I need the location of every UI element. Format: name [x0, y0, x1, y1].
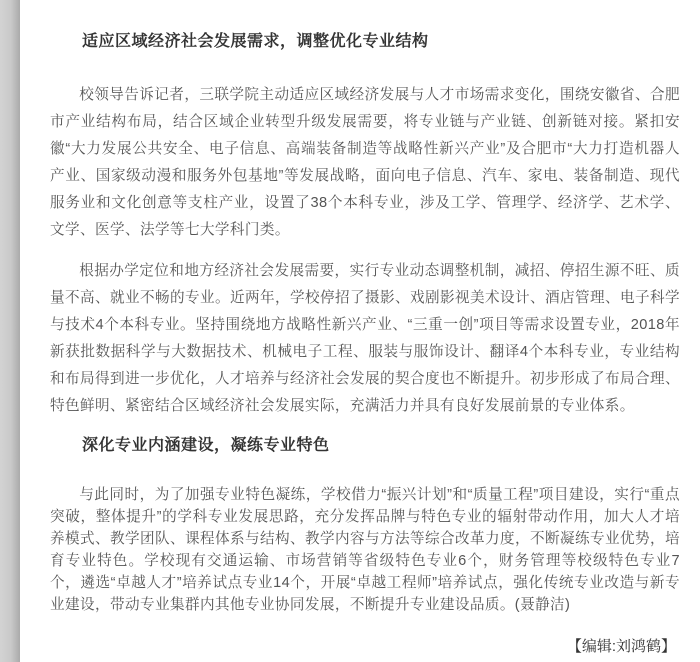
page-left-shadow: [0, 0, 20, 662]
article-paragraph-3: 与此同时，为了加强专业特色凝练，学校借力“振兴计划”和“质量工程”项目建设，实行…: [50, 484, 680, 616]
article-content: 适应区域经济社会发展需求，调整优化专业结构 校领导告诉记者，三联学院主动适应区域…: [50, 0, 680, 656]
article-paragraph-2: 根据办学定位和地方经济社会发展需要，实行专业动态调整机制，减招、停招生源不旺、质…: [50, 258, 680, 420]
section-heading-adjust-majors: 适应区域经济社会发展需求，调整优化专业结构: [82, 32, 680, 52]
article-paragraph-1: 校领导告诉记者，三联学院主动适应区域经济发展与人才市场需求变化，围绕安徽省、合肥…: [50, 82, 680, 244]
section-heading-major-features: 深化专业内涵建设，凝练专业特色: [82, 436, 680, 456]
editor-credit: 【编辑:刘鸿鹤】: [50, 638, 680, 656]
